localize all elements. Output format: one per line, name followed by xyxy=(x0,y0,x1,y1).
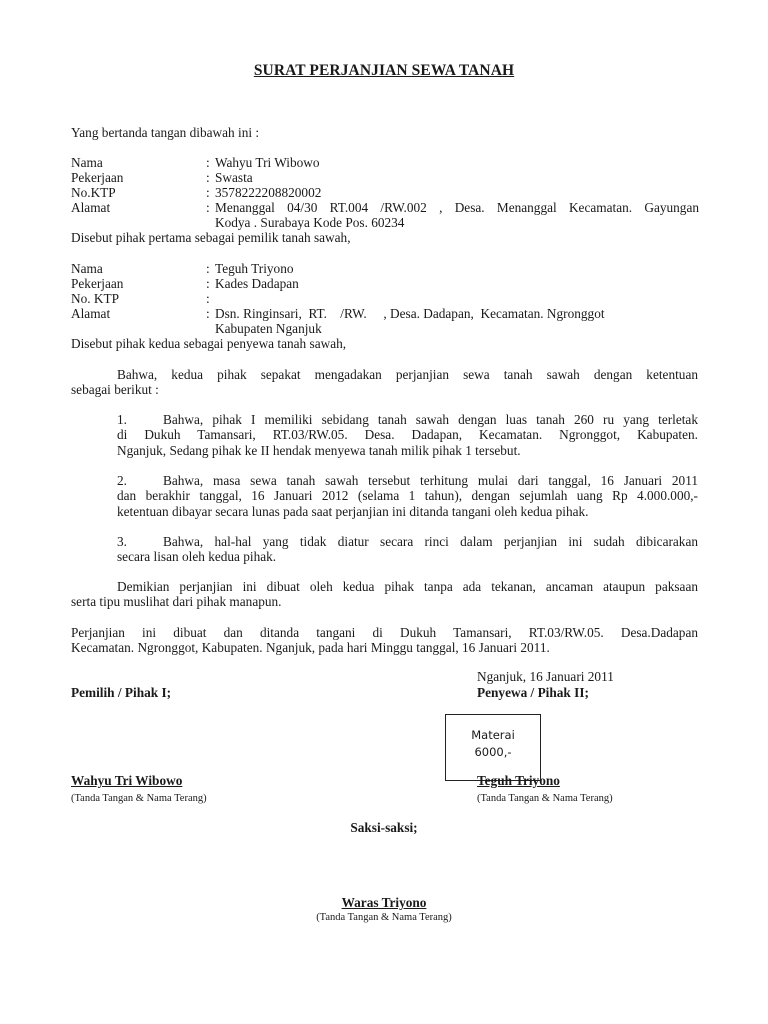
right-signer-name: Teguh Triyono xyxy=(477,773,560,789)
agreement-intro-line2: sebagai berikut : xyxy=(71,382,698,397)
signing-line1: Perjanjian ini dibuat dan ditanda tangan… xyxy=(71,625,698,640)
clause-3-line1: Bahwa, hal-hal yang tidak diatur secara … xyxy=(163,534,698,549)
party1-name-label: Nama xyxy=(71,155,103,171)
party2-closing: Disebut pihak kedua sebagai penyewa tana… xyxy=(71,336,346,352)
party1-closing: Disebut pihak pertama sebagai pemilik ta… xyxy=(71,230,351,246)
clause-number: 1. xyxy=(117,412,163,427)
clause-3-line2: secara lisan oleh kedua pihak. xyxy=(117,549,698,564)
document-title: SURAT PERJANJIAN SEWA TANAH xyxy=(0,62,768,80)
colon: : xyxy=(206,291,210,307)
stamp-box: Materai 6000,- xyxy=(445,714,541,781)
closing-paragraph: Demikian perjanjian ini dibuat oleh kedu… xyxy=(71,579,698,610)
agreement-intro-line1: Bahwa, kedua pihak sepakat mengadakan pe… xyxy=(71,367,698,382)
witness-name: Waras Triyono xyxy=(0,895,768,911)
right-party-role: Penyewa / Pihak II; xyxy=(477,685,589,701)
party2-name-value: Teguh Triyono xyxy=(215,261,294,277)
clause-2-line1: Bahwa, masa sewa tanah sawah tersebut te… xyxy=(163,473,698,488)
clause-number: 3. xyxy=(117,534,163,549)
party2-job-label: Pekerjaan xyxy=(71,276,123,292)
colon: : xyxy=(206,185,210,201)
colon: : xyxy=(206,155,210,171)
clause-1-line1: Bahwa, pihak I memiliki sebidang tanah s… xyxy=(163,412,698,427)
party1-job-value: Swasta xyxy=(215,170,253,186)
closing-line2: serta tipu muslihat dari pihak manapun. xyxy=(71,594,698,609)
clause-2: 2.Bahwa, masa sewa tanah sawah tersebut … xyxy=(117,473,698,519)
intro-text: Yang bertanda tangan dibawah ini : xyxy=(71,125,259,141)
party2-name-label: Nama xyxy=(71,261,103,277)
left-signature-caption: (Tanda Tangan & Nama Terang) xyxy=(71,793,207,804)
party1-address-value-line2: Kodya . Surabaya Kode Pos. 60234 xyxy=(215,215,404,231)
stamp-label: Materai xyxy=(446,727,540,744)
witness-heading: Saksi-saksi; xyxy=(0,820,768,836)
party2-address-value-line1: Dsn. Ringinsari, RT. /RW. , Desa. Dadapa… xyxy=(215,306,605,322)
colon: : xyxy=(206,170,210,186)
party1-address-label: Alamat xyxy=(71,200,110,216)
party1-address-value-line1: Menanggal 04/30 RT.004 /RW.002 , Desa. M… xyxy=(215,200,699,216)
colon: : xyxy=(206,261,210,277)
clause-1: 1.Bahwa, pihak I memiliki sebidang tanah… xyxy=(117,412,698,458)
clause-1-line3: Nganjuk, Sedang pihak ke II hendak menye… xyxy=(117,443,698,458)
clause-2-line2: dan berakhir tanggal, 16 Januari 2012 (s… xyxy=(117,488,698,503)
signing-line2: Kecamatan. Ngronggot, Kabupaten. Nganjuk… xyxy=(71,640,698,655)
colon: : xyxy=(206,306,210,322)
right-signature-caption: (Tanda Tangan & Nama Terang) xyxy=(477,793,613,804)
stamp-value: 6000,- xyxy=(446,744,540,761)
clause-number: 2. xyxy=(117,473,163,488)
clause-1-line2: di Dukuh Tamansari, RT.03/RW.05. Desa. D… xyxy=(117,427,698,442)
party2-ktp-label: No. KTP xyxy=(71,291,119,307)
party2-address-value-line2: Kabupaten Nganjuk xyxy=(215,321,322,337)
party2-job-value: Kades Dadapan xyxy=(215,276,299,292)
signing-paragraph: Perjanjian ini dibuat dan ditanda tangan… xyxy=(71,625,698,656)
clause-2-line3: ketentuan dibayar secara lunas pada saat… xyxy=(117,504,698,519)
party1-job-label: Pekerjaan xyxy=(71,170,123,186)
party1-ktp-value: 3578222208820002 xyxy=(215,185,321,201)
closing-line1: Demikian perjanjian ini dibuat oleh kedu… xyxy=(71,579,698,594)
place-date: Nganjuk, 16 Januari 2011 xyxy=(477,669,614,685)
colon: : xyxy=(206,276,210,292)
party1-ktp-label: No.KTP xyxy=(71,185,116,201)
party1-name-value: Wahyu Tri Wibowo xyxy=(215,155,320,171)
colon: : xyxy=(206,200,210,216)
clause-3: 3.Bahwa, hal-hal yang tidak diatur secar… xyxy=(117,534,698,565)
agreement-intro: Bahwa, kedua pihak sepakat mengadakan pe… xyxy=(71,367,698,398)
party2-address-label: Alamat xyxy=(71,306,110,322)
left-party-role: Pemilih / Pihak I; xyxy=(71,685,171,701)
left-signer-name: Wahyu Tri Wibowo xyxy=(71,773,182,789)
witness-caption: (Tanda Tangan & Nama Terang) xyxy=(0,912,768,923)
